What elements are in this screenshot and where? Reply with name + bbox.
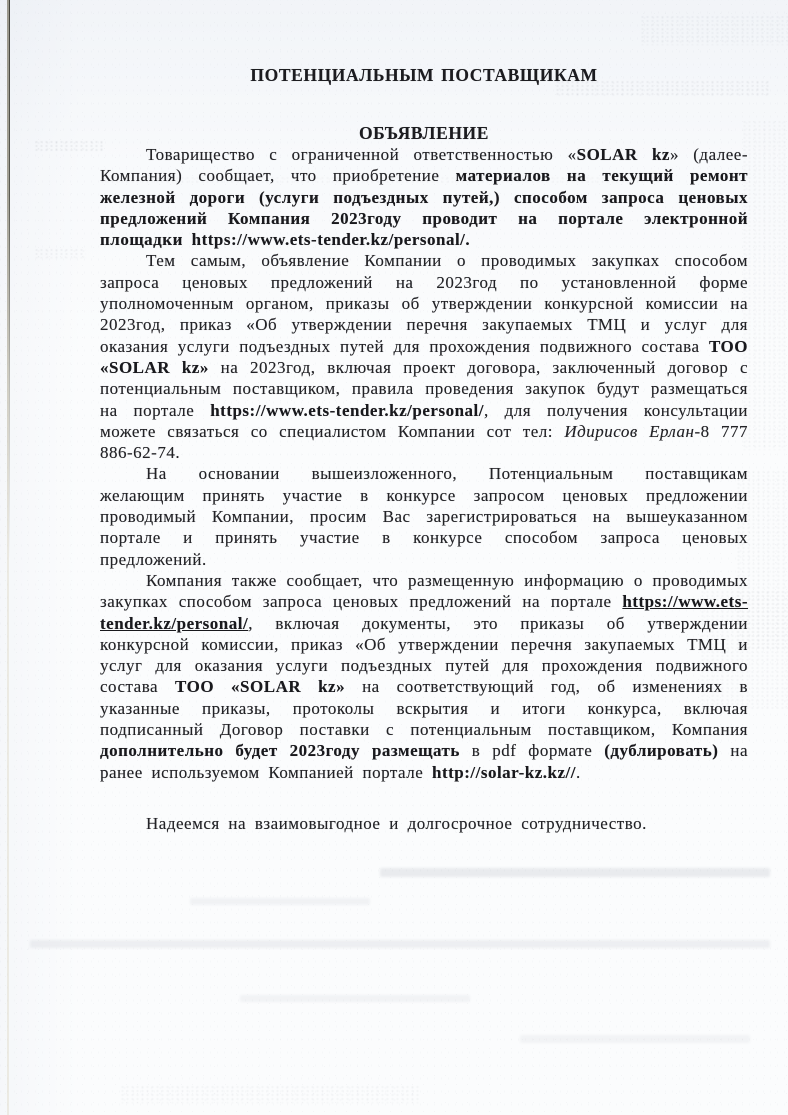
scanned-document-page: ПОТЕНЦИАЛЬНЫМ ПОСТАВЩИКАМ ОБЪЯВЛЕНИЕ Тов… bbox=[0, 0, 788, 1115]
text-run: https://www.ets-tender.kz/personal/ bbox=[210, 401, 484, 420]
text-run: Надеемся на взаимовыгодное и долгосрочно… bbox=[146, 814, 647, 833]
bleed-through-artifact bbox=[240, 995, 470, 1002]
bleed-through-artifact bbox=[380, 868, 770, 877]
text-run: Идирисов Ерлан bbox=[564, 422, 694, 441]
scan-smudge-artifact bbox=[34, 140, 104, 152]
text-run: На основании вышеизложенного, Потенциаль… bbox=[100, 464, 748, 568]
text-run: http://solar-kz.kz// bbox=[432, 763, 576, 782]
text-run: Товарищество с ограниченной ответственно… bbox=[146, 145, 577, 164]
text-run: ТОО «SOLAR kz» bbox=[175, 677, 345, 696]
text-run: (дублировать) bbox=[604, 741, 718, 760]
paragraph-3: На основании вышеизложенного, Потенциаль… bbox=[100, 463, 748, 569]
page-edge-line-artifact bbox=[7, 0, 9, 1115]
scan-smudge-artifact bbox=[742, 120, 788, 450]
text-run: Тем самым, объявление Компании о проводи… bbox=[100, 251, 748, 355]
paragraph-4: Компания также сообщает, что размещенную… bbox=[100, 570, 748, 783]
text-run: SOLAR kz bbox=[577, 145, 670, 164]
bleed-through-artifact bbox=[190, 898, 370, 905]
document-subheading: ОБЪЯВЛЕНИЕ bbox=[100, 122, 748, 144]
document-body: ПОТЕНЦИАЛЬНЫМ ПОСТАВЩИКАМ ОБЪЯВЛЕНИЕ Тов… bbox=[100, 0, 748, 834]
paragraph-1: Товарищество с ограниченной ответственно… bbox=[100, 144, 748, 250]
paragraph-5: Надеемся на взаимовыгодное и долгосрочно… bbox=[100, 813, 748, 834]
scan-smudge-artifact bbox=[34, 248, 86, 258]
scan-smudge-artifact bbox=[120, 1085, 420, 1103]
paragraph-2: Тем самым, объявление Компании о проводи… bbox=[100, 250, 748, 463]
text-run: . bbox=[576, 763, 581, 782]
bleed-through-artifact bbox=[520, 1035, 750, 1043]
text-run: дополнительно будет 2023году размещать bbox=[100, 741, 460, 760]
document-paragraphs: Товарищество с ограниченной ответственно… bbox=[100, 144, 748, 834]
text-run: в pdf формате bbox=[460, 741, 604, 760]
bleed-through-artifact bbox=[30, 940, 770, 948]
document-heading: ПОТЕНЦИАЛЬНЫМ ПОСТАВЩИКАМ bbox=[100, 64, 748, 86]
